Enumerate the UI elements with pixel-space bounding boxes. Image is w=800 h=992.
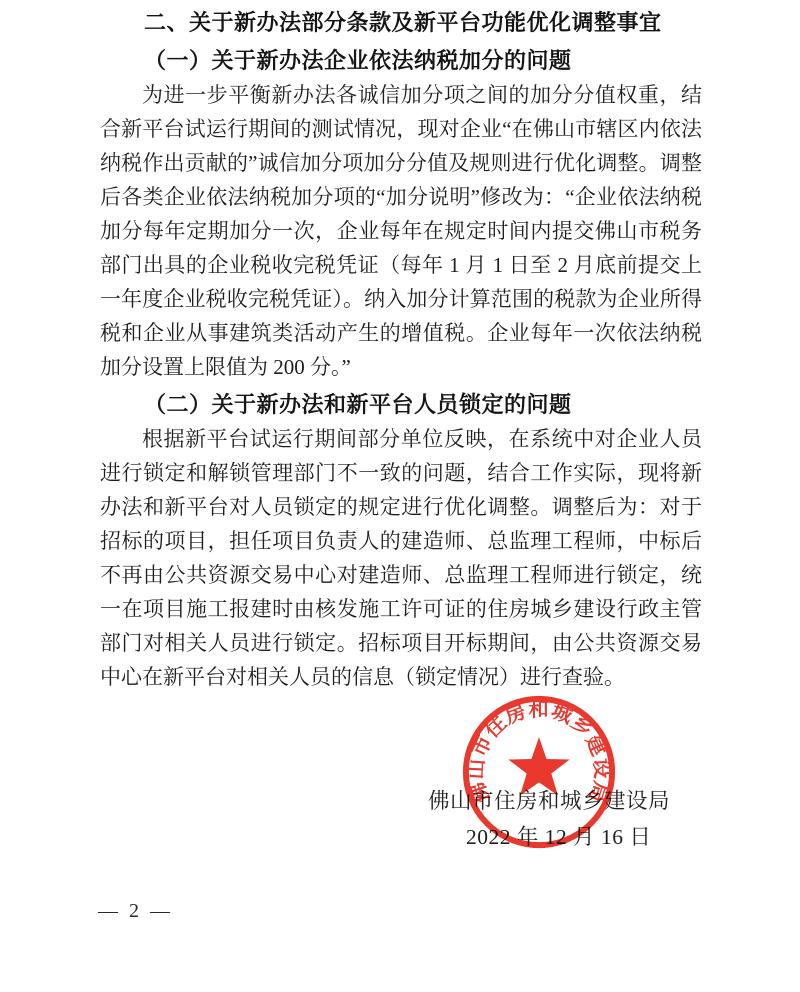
page-number: — 2 —: [98, 900, 173, 923]
subsection-1-paragraph: 为进一步平衡新办法各诚信加分项之间的加分分值权重，结合新平台试运行期间的测试情况…: [100, 78, 702, 384]
subsection-2-paragraph: 根据新平台试运行期间部分单位反映，在系统中对企业人员进行锁定和解锁管理部门不一致…: [100, 422, 702, 694]
section-heading: 二、关于新办法部分条款及新平台功能优化调整事宜: [100, 6, 702, 40]
document-page: 二、关于新办法部分条款及新平台功能优化调整事宜 （一）关于新办法企业依法纳税加分…: [0, 0, 800, 992]
subsection-2-heading: （二）关于新办法和新平台人员锁定的问题: [100, 388, 702, 422]
official-seal: 佛山市住房和城乡建设局: [454, 687, 624, 857]
document-body: 二、关于新办法部分条款及新平台功能优化调整事宜 （一）关于新办法企业依法纳税加分…: [100, 6, 702, 694]
seal-star-icon: [508, 737, 569, 795]
subsection-1-heading: （一）关于新办法企业依法纳税加分的问题: [100, 44, 702, 78]
